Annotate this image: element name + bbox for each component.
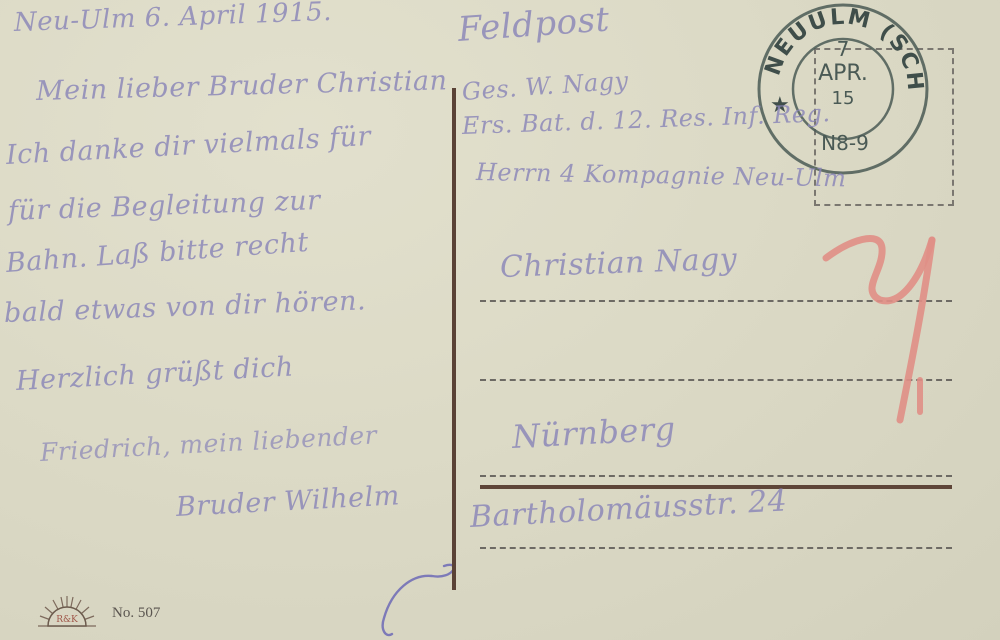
sender-line: Herrn 4 Kompagnie Neu-Ulm — [476, 158, 847, 192]
message-line: Friedrich, mein liebender — [39, 420, 378, 467]
sunburst-logo-icon: R&K — [36, 596, 98, 630]
svg-text:R&K: R&K — [56, 615, 78, 625]
message-signature: Bruder Wilhelm — [175, 480, 400, 523]
feldpost-header: Feldpost — [457, 0, 611, 50]
svg-text:7: 7 — [837, 37, 850, 61]
card-divider — [452, 88, 456, 590]
svg-text:N8-9: N8-9 — [821, 131, 869, 155]
svg-text:APR.: APR. — [818, 61, 868, 86]
sender-line: Ges. W. Nagy — [461, 66, 629, 106]
svg-text:15: 15 — [832, 88, 855, 109]
address-line-3 — [480, 475, 952, 477]
postcard-back: Neu-Ulm 6. April 1915. Mein lieber Brude… — [0, 0, 1000, 640]
address-line-4 — [480, 547, 952, 549]
recipient-street: Bartholomäusstr. 24 — [469, 483, 788, 535]
message-line: für die Begleitung zur — [7, 185, 321, 227]
publisher-mark: R&K No. 507 — [36, 596, 160, 630]
message-line-date: Neu-Ulm 6. April 1915. — [13, 0, 332, 38]
message-line: Herzlich grüßt dich — [15, 351, 294, 397]
message-line: Bahn. Laß bitte recht — [5, 227, 310, 279]
message-line: bald etwas von dir hören. — [3, 285, 366, 329]
recipient-name: Christian Nagy — [499, 242, 737, 285]
recipient-city: Nürnberg — [511, 409, 676, 456]
ink-flourish — [372, 560, 462, 640]
publisher-number: No. 507 — [112, 605, 160, 622]
red-number-mark — [820, 230, 950, 430]
message-line-salutation: Mein lieber Bruder Christian — [36, 65, 448, 107]
message-line: Ich danke dir vielmals für — [5, 121, 372, 171]
postmark-stamp: NEUULM (SCH 7 APR. 15 N8-9 ★ — [748, 0, 938, 184]
